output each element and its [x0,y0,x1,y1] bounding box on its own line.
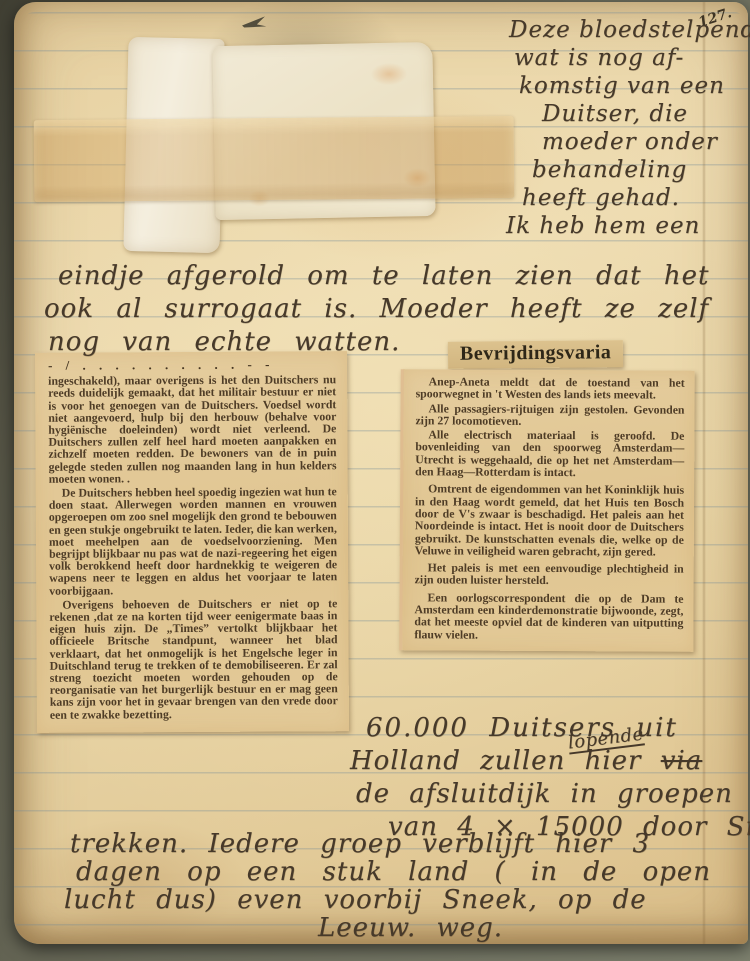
tape-strip [34,116,515,202]
handwriting-line: behandeling [500,156,750,184]
clipping-paragraph: Het paleis is met een eenvoudige plechti… [415,561,684,587]
clipping-paragraph: Alle passagiers-rijtuigen zijn gestolen.… [415,402,684,428]
struck-word: via [661,746,703,776]
handwriting-line: nog van echte watten. [44,326,709,359]
clipping-paragraph: ingeschakeld), maar overigens is het den… [48,373,337,484]
clipping-paragraph: Een oorlogscorrespondent die op de Dam t… [414,591,683,642]
handwriting-line: Duitser, die [500,100,750,128]
handwriting-line: trekken. Iedere groep verblijft hier 3 [56,830,711,858]
handwriting-line: Leeuw. weg. [56,914,711,942]
clipping-paragraph: Alle electrisch materiaal is geroofd. De… [415,428,684,479]
handwriting-bottom-right: 60.000 Duitsers uit Holland zullen hier … [350,712,750,844]
handwriting-line: moeder onder [500,128,750,156]
handwriting-line: Holland zullen hier via lopende [350,745,750,778]
clipping-paragraph: Anep-Aneta meldt dat de toestand van het… [416,375,685,401]
handwriting-line: de afsluitdijk in groepen [350,778,750,811]
clipping-paragraph: Omtrent de eigendommen van het Koninklij… [415,483,684,558]
handwriting-text: Holland zullen hier [350,746,661,776]
handwriting-line: Ik heb hem een [500,212,750,240]
handwriting-line: Deze bloedstelpende [500,16,750,44]
newspaper-clipping-left: - / . . . . . . . . . . - - ingeschakeld… [35,351,349,733]
dotted-separator: - / . . . . . . . . . . - - [48,358,336,372]
notebook-page: 127. Deze bloedstelpende wat is nog af- … [14,2,748,944]
handwriting-line: dagen op een stuk land ( in de open [56,858,711,886]
handwriting-line: ook al surrogaat is. Moeder heeft ze zel… [44,293,709,326]
clipping-paragraph: Overigens behoeven de Duitschers er niet… [49,597,338,721]
clipping-paragraph: De Duitschers hebben heel spoedig ingezi… [49,485,338,596]
newspaper-clipping-right: Anep-Aneta meldt dat de toestand van het… [399,369,694,651]
handwriting-line: lucht dus) even voorbij Sneek, op de [56,886,711,914]
handwriting-line: heeft gehad. [500,184,750,212]
handwriting-line: 60.000 Duitsers uit [350,712,750,745]
handwriting-top-right: Deze bloedstelpende wat is nog af- komst… [500,16,750,240]
handwriting-bottom: trekken. Iedere groep verblijft hier 3 d… [56,830,711,942]
handwriting-line: komstig van een [500,72,750,100]
handwriting-line: eindje afgerold om te laten zien dat het [44,260,709,293]
handwriting-middle: eindje afgerold om te laten zien dat het… [44,260,709,359]
handwriting-line: wat is nog af- [500,44,750,72]
